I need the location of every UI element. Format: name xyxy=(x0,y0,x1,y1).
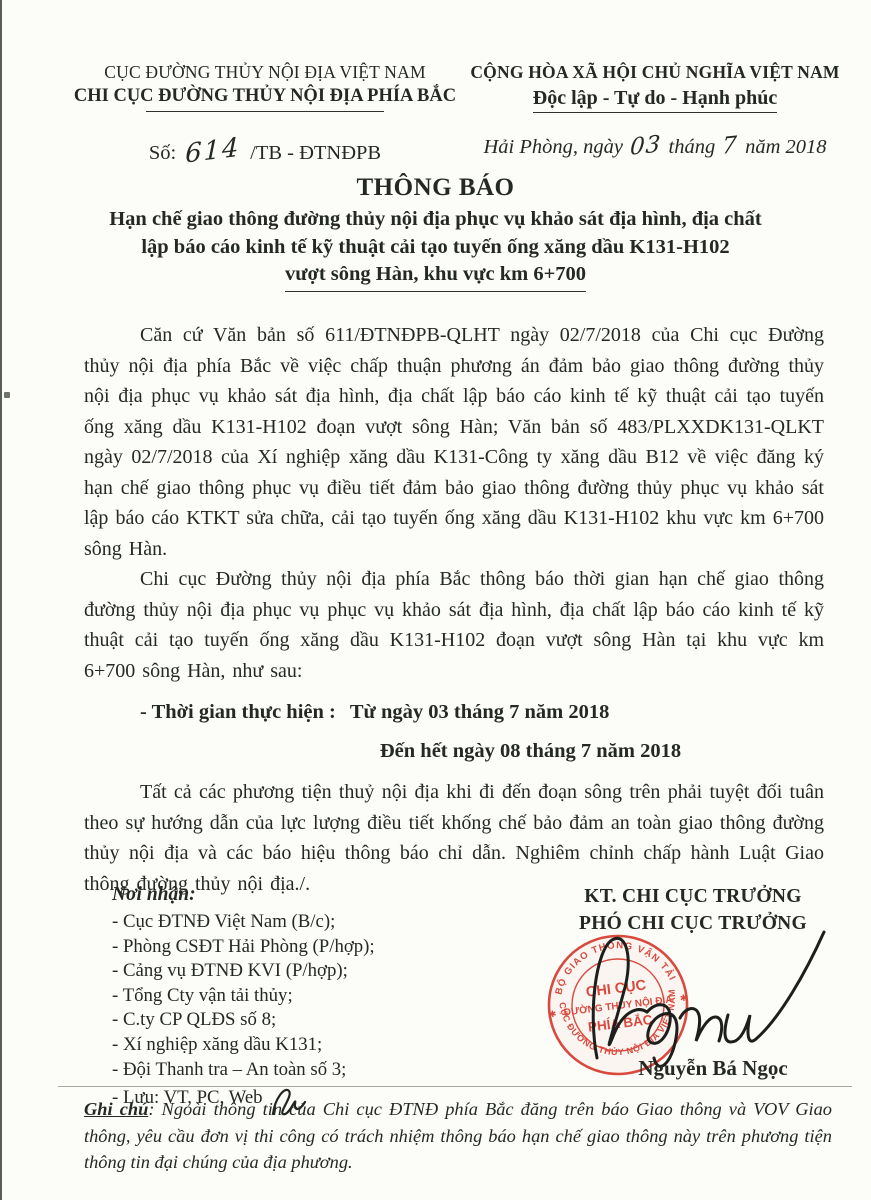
signer-name: Nguyễn Bá Ngọc xyxy=(588,1056,838,1081)
document-title: THÔNG BÁO xyxy=(0,174,871,202)
national-motto-line1: CỘNG HÒA XÃ HỘI CHỦ NGHĨA VIỆT NAM xyxy=(452,62,858,83)
date-prefix: Hải Phòng, ngày xyxy=(483,136,623,158)
recipient-item: - Cảng vụ ĐTNĐ KVI (P/hợp); xyxy=(112,959,457,984)
subtitle-line2: lập báo cáo kinh tế kỹ thuật cải tạo tuy… xyxy=(96,234,776,262)
place-date-line: Hải Phòng, ngày 03 tháng 7 năm 2018 xyxy=(452,133,858,159)
agency-underline xyxy=(146,111,384,112)
paragraph-announcement: Chi cục Đường thủy nội địa phía Bắc thôn… xyxy=(84,564,824,686)
recipients-label: Nơi nhận: xyxy=(112,884,457,906)
parent-agency-name: CỤC ĐƯỜNG THỦY NỘI ĐỊA VIỆT NAM xyxy=(66,62,464,83)
recipient-item: - Phòng CSĐT Hải Phòng (P/hợp); xyxy=(112,935,457,960)
document-number-line: Số: 614 /TB - ĐTNĐPB xyxy=(66,136,464,166)
scanned-document-page: CỤC ĐƯỜNG THỦY NỘI ĐỊA VIỆT NAM CHI CỤC … xyxy=(0,0,871,1200)
date-mid: tháng xyxy=(669,136,716,158)
schedule-label: - Thời gian thực hiện : xyxy=(140,693,336,771)
document-subtitle: Hạn chế giao thông đường thủy nội địa ph… xyxy=(96,206,776,292)
document-number-suffix: /TB - ĐTNĐPB xyxy=(250,142,381,164)
date-day-handwritten: 03 xyxy=(629,131,662,161)
document-title-block: THÔNG BÁO Hạn chế giao thông đường thủy … xyxy=(0,174,871,292)
paragraph-compliance: Tất cả các phương tiện thuỷ nội địa khi … xyxy=(84,777,824,899)
issuing-agency-block: CỤC ĐƯỜNG THỦY NỘI ĐỊA VIỆT NAM CHI CỤC … xyxy=(66,62,464,166)
recipient-item: - Tổng Cty vận tải thủy; xyxy=(112,984,457,1009)
note-divider-line xyxy=(58,1086,852,1087)
schedule-block: - Thời gian thực hiện : Từ ngày 03 tháng… xyxy=(140,693,824,771)
note-block: Ghi chú: Ngoài thông tin của Chi cục ĐTN… xyxy=(84,1096,832,1176)
scan-speck-artifact xyxy=(4,392,10,398)
document-number-handwritten: 614 xyxy=(185,132,241,169)
recipient-item: - Xí nghiệp xăng dầu K131; xyxy=(112,1033,457,1058)
document-body: Căn cứ Văn bản số 611/ĐTNĐPB-QLHT ngày 0… xyxy=(84,320,824,899)
recipient-item: - Cục ĐTNĐ Việt Nam (B/c); xyxy=(112,910,457,935)
schedule-to: Đến hết ngày 08 tháng 7 năm 2018 xyxy=(350,732,681,771)
national-header-block: CỘNG HÒA XÃ HỘI CHỦ NGHĨA VIỆT NAM Độc l… xyxy=(452,62,858,159)
document-number-prefix: Số: xyxy=(149,142,176,164)
note-text: : Ngoài thông tin của Chi cục ĐTNĐ phía … xyxy=(84,1099,832,1172)
note-label: Ghi chú xyxy=(84,1099,148,1119)
issuing-agency-name: CHI CỤC ĐƯỜNG THỦY NỘI ĐỊA PHÍA BẮC xyxy=(66,86,464,107)
subtitle-line1: Hạn chế giao thông đường thủy nội địa ph… xyxy=(96,206,776,234)
date-month-handwritten: 7 xyxy=(721,132,738,160)
paragraph-legal-basis: Căn cứ Văn bản số 611/ĐTNĐPB-QLHT ngày 0… xyxy=(84,320,824,564)
handwritten-signature xyxy=(552,912,842,1080)
recipient-item: - C.ty CP QLĐS số 8; xyxy=(112,1008,457,1033)
date-suffix: năm 2018 xyxy=(745,136,826,158)
national-motto-line2: Độc lập - Tự do - Hạnh phúc xyxy=(533,87,777,113)
subtitle-line3: vượt sông Hàn, khu vực km 6+700 xyxy=(285,261,586,292)
recipient-item: - Đội Thanh tra – An toàn số 3; xyxy=(112,1058,457,1083)
recipients-block: Nơi nhận: - Cục ĐTNĐ Việt Nam (B/c); - P… xyxy=(112,884,457,1110)
schedule-values: Từ ngày 03 tháng 7 năm 2018 Đến hết ngày… xyxy=(350,693,681,771)
schedule-from: Từ ngày 03 tháng 7 năm 2018 xyxy=(350,693,681,732)
